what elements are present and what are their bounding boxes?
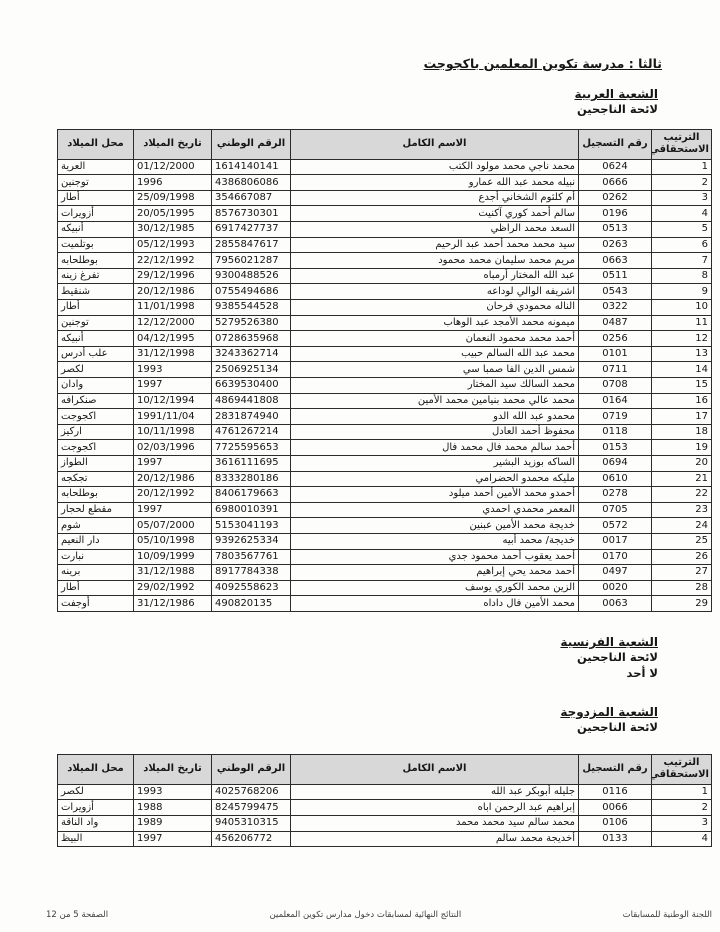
full-name-cell: محمد السالك سيد المختار (291, 378, 579, 394)
mixed-results-table: الترتيب الاستحقاقي رقم التسجيل الاسم الك… (57, 754, 712, 847)
full-name-cell: السعد محمد الراظي (291, 222, 579, 238)
result-row: 30106محمد سالم سيد محمد محمد940531031519… (58, 816, 712, 832)
column-header-birth-place: محل الميلاد (58, 129, 134, 159)
result-row: 130101محمد عبد الله السالم حبيب324336271… (58, 346, 712, 362)
birth-place-cell: توجنين (58, 175, 134, 191)
rank-cell: 26 (652, 549, 712, 565)
full-name-cell: محمد ناجي محمد مولود الكتب (291, 159, 579, 175)
birth-date-cell: 1997 (134, 455, 212, 471)
full-name-cell: أحمد سالم محمد فال محمد فال (291, 440, 579, 456)
birth-date-cell: 29/02/1992 (134, 580, 212, 596)
full-name-cell: أحمدو محمد الأمين أحمد ميلود (291, 487, 579, 503)
full-name-cell: خديجة محمد الأمين عبنين (291, 518, 579, 534)
rank-cell: 29 (652, 596, 712, 612)
rank-cell: 3 (652, 190, 712, 206)
arabic-table-header: الترتيب الاستحقاقي رقم التسجيل الاسم الك… (58, 129, 712, 159)
result-row: 270497أحمد محمد يحي إبراهيم891778433831/… (58, 565, 712, 581)
rank-cell: 22 (652, 487, 712, 503)
birth-place-cell: لكصر (58, 784, 134, 800)
result-row: 170719محمدو عبد الله الدو28318749401991/… (58, 409, 712, 425)
rank-cell: 2 (652, 175, 712, 191)
result-row: 100322الناله محمودي فرحان938554452811/01… (58, 300, 712, 316)
full-name-cell: أم كلثوم الشخاني أجدع (291, 190, 579, 206)
birth-date-cell: 10/12/1994 (134, 393, 212, 409)
national-id-cell: 8576730301 (212, 206, 291, 222)
rank-cell: 28 (652, 580, 712, 596)
registration-number-cell: 0543 (579, 284, 652, 300)
national-id-cell: 0755494686 (212, 284, 291, 300)
birth-date-cell: 1991/11/04 (134, 409, 212, 425)
registration-number-cell: 0694 (579, 455, 652, 471)
birth-date-cell: 25/09/1998 (134, 190, 212, 206)
full-name-cell: إبراهيم عبد الرحمن اباه (291, 800, 579, 816)
birth-date-cell: 05/12/1993 (134, 237, 212, 253)
birth-date-cell: 1997 (134, 831, 212, 847)
registration-number-cell: 0278 (579, 487, 652, 503)
birth-place-cell: لكصر (58, 362, 134, 378)
rank-cell: 11 (652, 315, 712, 331)
birth-date-cell: 1997 (134, 378, 212, 394)
result-row: 20066إبراهيم عبد الرحمن اباه824579947519… (58, 800, 712, 816)
national-id-cell: 4092558623 (212, 580, 291, 596)
birth-date-cell: 05/07/2000 (134, 518, 212, 534)
birth-date-cell: 1989 (134, 816, 212, 832)
national-id-cell: 9300488526 (212, 268, 291, 284)
result-row: 290063محمد الأمين فال داداه49082013531/1… (58, 596, 712, 612)
result-row: 200694الساكه بوزيد البشير36161116951997ا… (58, 455, 712, 471)
registration-number-cell: 0705 (579, 502, 652, 518)
registration-number-cell: 0666 (579, 175, 652, 191)
result-row: 140711شمس الدين الفا صمبا سي250692513419… (58, 362, 712, 378)
page-content: ثالثا : مدرسة تكوين المعلمين باكجوجت الش… (0, 0, 720, 847)
national-id-cell: 5279526380 (212, 315, 291, 331)
result-row: 280020الزين محمد الكوري يوسف409255862329… (58, 580, 712, 596)
french-section-heading: الشعبة الفرنسية (8, 634, 658, 650)
national-id-cell: 9392625334 (212, 533, 291, 549)
birth-place-cell: الطواز (58, 455, 134, 471)
registration-number-cell: 0133 (579, 831, 652, 847)
full-name-cell: سالم أحمد كوري آكنيت (291, 206, 579, 222)
rank-cell: 5 (652, 222, 712, 238)
result-row: 70663مريم محمد سليمان محمد محمود79560212… (58, 253, 712, 269)
birth-place-cell: تفرغ زينه (58, 268, 134, 284)
national-id-cell: 354667087 (212, 190, 291, 206)
birth-place-cell: أزويرات (58, 206, 134, 222)
full-name-cell: محمد عالي محمد بنيامين محمد الأمين (291, 393, 579, 409)
birth-place-cell: توجنين (58, 315, 134, 331)
registration-number-cell: 0624 (579, 159, 652, 175)
birth-date-cell: 31/12/1988 (134, 565, 212, 581)
birth-place-cell: وادان (58, 378, 134, 394)
registration-number-cell: 0263 (579, 237, 652, 253)
birth-place-cell: بوطلحابه (58, 253, 134, 269)
rank-cell: 13 (652, 346, 712, 362)
column-header-rank: الترتيب الاستحقاقي (652, 754, 712, 784)
rank-cell: 9 (652, 284, 712, 300)
rank-cell: 18 (652, 424, 712, 440)
birth-date-cell: 20/12/1986 (134, 471, 212, 487)
national-id-cell: 8406179663 (212, 487, 291, 503)
registration-number-cell: 0719 (579, 409, 652, 425)
mixed-table-body: 10116جليله أبوبكر عبد الله40257682061993… (58, 784, 712, 846)
section-mixed-header: الشعبة المزدوجة لائحة الناجحين (8, 704, 658, 736)
national-id-cell: 8245799475 (212, 800, 291, 816)
arabic-table-body: 10624محمد ناجي محمد مولود الكتب161414014… (58, 159, 712, 611)
rank-cell: 4 (652, 206, 712, 222)
column-header-full-name: الاسم الكامل (291, 754, 579, 784)
birth-place-cell: واد الناقة (58, 816, 134, 832)
arabic-section-subheading: لائحة الناجحين (8, 102, 658, 118)
registration-number-cell: 0711 (579, 362, 652, 378)
result-row: 120256أحمد محمد محمود النعمان07286359680… (58, 331, 712, 347)
registration-number-cell: 0610 (579, 471, 652, 487)
birth-place-cell: نبارت (58, 549, 134, 565)
national-id-cell: 7803567761 (212, 549, 291, 565)
rank-cell: 10 (652, 300, 712, 316)
birth-place-cell: أنبيكه (58, 222, 134, 238)
full-name-cell: محفوظ أحمد العادل (291, 424, 579, 440)
birth-place-cell: أطار (58, 300, 134, 316)
national-id-cell: 456206772 (212, 831, 291, 847)
registration-number-cell: 0663 (579, 253, 652, 269)
national-id-cell: 5153041193 (212, 518, 291, 534)
rank-cell: 1 (652, 784, 712, 800)
rank-cell: 6 (652, 237, 712, 253)
registration-number-cell: 0256 (579, 331, 652, 347)
rank-cell: 7 (652, 253, 712, 269)
result-row: 40133أخديجة محمد سالم4562067721997البيظ (58, 831, 712, 847)
birth-place-cell: بوتلميت (58, 237, 134, 253)
rank-cell: 8 (652, 268, 712, 284)
registration-number-cell: 0708 (579, 378, 652, 394)
registration-number-cell: 0497 (579, 565, 652, 581)
rank-cell: 20 (652, 455, 712, 471)
birth-date-cell: 22/12/1992 (134, 253, 212, 269)
birth-place-cell: العرية (58, 159, 134, 175)
header-row: الترتيب الاستحقاقي رقم التسجيل الاسم الك… (58, 754, 712, 784)
result-row: 80511عبد الله المختار أرمباه930048852629… (58, 268, 712, 284)
rank-cell: 2 (652, 800, 712, 816)
national-id-cell: 8333280186 (212, 471, 291, 487)
national-id-cell: 2855847617 (212, 237, 291, 253)
birth-place-cell: شوم (58, 518, 134, 534)
rank-cell: 21 (652, 471, 712, 487)
registration-number-cell: 0572 (579, 518, 652, 534)
document-page: ثالثا : مدرسة تكوين المعلمين باكجوجت الش… (0, 0, 720, 932)
footer-page-number: الصفحة 5 من 12 (46, 910, 108, 920)
header-row: الترتيب الاستحقاقي رقم التسجيل الاسم الك… (58, 129, 712, 159)
registration-number-cell: 0106 (579, 816, 652, 832)
birth-date-cell: 20/12/1992 (134, 487, 212, 503)
registration-number-cell: 0017 (579, 533, 652, 549)
arabic-results-table: الترتيب الاستحقاقي رقم التسجيل الاسم الك… (57, 129, 712, 612)
birth-place-cell: أنبيكه (58, 331, 134, 347)
birth-place-cell: علب أدرس (58, 346, 134, 362)
national-id-cell: 2506925134 (212, 362, 291, 378)
national-id-cell: 1614140141 (212, 159, 291, 175)
birth-place-cell: اركيز (58, 424, 134, 440)
column-header-rank: الترتيب الاستحقاقي (652, 129, 712, 159)
national-id-cell: 3616111695 (212, 455, 291, 471)
full-name-cell: نبيله محمد عبد الله عمارو (291, 175, 579, 191)
mixed-table-header: الترتيب الاستحقاقي رقم التسجيل الاسم الك… (58, 754, 712, 784)
document-title: ثالثا : مدرسة تكوين المعلمين باكجوجت (8, 56, 662, 71)
national-id-cell: 6980010391 (212, 502, 291, 518)
national-id-cell: 6639530400 (212, 378, 291, 394)
national-id-cell: 3243362714 (212, 346, 291, 362)
result-row: 30262أم كلثوم الشخاني أجدع35466708725/09… (58, 190, 712, 206)
national-id-cell: 490820135 (212, 596, 291, 612)
birth-place-cell: شنقيط (58, 284, 134, 300)
birth-date-cell: 12/12/2000 (134, 315, 212, 331)
column-header-birth-date: تاريخ الميلاد (134, 129, 212, 159)
full-name-cell: محمد سالم سيد محمد محمد (291, 816, 579, 832)
rank-cell: 12 (652, 331, 712, 347)
national-id-cell: 9405310315 (212, 816, 291, 832)
birth-date-cell: 30/12/1985 (134, 222, 212, 238)
birth-date-cell: 31/12/1986 (134, 596, 212, 612)
registration-number-cell: 0101 (579, 346, 652, 362)
national-id-cell: 2831874940 (212, 409, 291, 425)
result-row: 90543اشريفه الوالي لوداعه075549468620/12… (58, 284, 712, 300)
birth-date-cell: 01/12/2000 (134, 159, 212, 175)
full-name-cell: جليله أبوبكر عبد الله (291, 784, 579, 800)
rank-cell: 4 (652, 831, 712, 847)
birth-date-cell: 10/11/1998 (134, 424, 212, 440)
national-id-cell: 8917784338 (212, 565, 291, 581)
result-row: 240572خديجة محمد الأمين عبنين51530411930… (58, 518, 712, 534)
birth-date-cell: 1997 (134, 502, 212, 518)
full-name-cell: محمدو عبد الله الدو (291, 409, 579, 425)
birth-place-cell: اكجوجت (58, 409, 134, 425)
national-id-cell: 4761267214 (212, 424, 291, 440)
rank-cell: 24 (652, 518, 712, 534)
birth-date-cell: 10/09/1999 (134, 549, 212, 565)
full-name-cell: محمد عبد الله السالم حبيب (291, 346, 579, 362)
result-row: 230705المعمر محمدي احمدي69800103911997مق… (58, 502, 712, 518)
registration-number-cell: 0196 (579, 206, 652, 222)
result-row: 20666نبيله محمد عبد الله عمارو4386806086… (58, 175, 712, 191)
rank-cell: 14 (652, 362, 712, 378)
birth-date-cell: 29/12/1996 (134, 268, 212, 284)
mixed-section-heading: الشعبة المزدوجة (8, 704, 658, 720)
result-row: 190153أحمد سالم محمد فال محمد فال7725595… (58, 440, 712, 456)
registration-number-cell: 0511 (579, 268, 652, 284)
registration-number-cell: 0262 (579, 190, 652, 206)
national-id-cell: 4025768206 (212, 784, 291, 800)
result-row: 250017خديجة/ محمد أبيه939262533405/10/19… (58, 533, 712, 549)
result-row: 180118محفوظ أحمد العادل476126721410/11/1… (58, 424, 712, 440)
birth-place-cell: أطار (58, 580, 134, 596)
full-name-cell: المعمر محمدي احمدي (291, 502, 579, 518)
section-french-header: الشعبة الفرنسية لائحة الناجحين لا أحد (8, 634, 658, 681)
registration-number-cell: 0020 (579, 580, 652, 596)
birth-date-cell: 05/10/1998 (134, 533, 212, 549)
registration-number-cell: 0164 (579, 393, 652, 409)
result-row: 260170أحمد يعقوب أحمد محمود جدي780356776… (58, 549, 712, 565)
footer-committee-text: اللجنة الوطنية للمسابقات (623, 910, 712, 920)
birth-date-cell: 20/05/1995 (134, 206, 212, 222)
column-header-birth-place: محل الميلاد (58, 754, 134, 784)
french-section-no-one-note: لا أحد (8, 666, 658, 682)
column-header-registration: رقم التسجيل (579, 754, 652, 784)
national-id-cell: 4386806086 (212, 175, 291, 191)
rank-cell: 25 (652, 533, 712, 549)
registration-number-cell: 0487 (579, 315, 652, 331)
section-arabic-header: الشعبة العربية لائحة الناجحين (8, 86, 658, 118)
birth-date-cell: 1993 (134, 784, 212, 800)
birth-date-cell: 04/12/1995 (134, 331, 212, 347)
national-id-cell: 7725595653 (212, 440, 291, 456)
registration-number-cell: 0118 (579, 424, 652, 440)
birth-place-cell: دار النعيم (58, 533, 134, 549)
french-section-subheading: لائحة الناجحين (8, 650, 658, 666)
result-row: 10116جليله أبوبكر عبد الله40257682061993… (58, 784, 712, 800)
full-name-cell: محمد الأمين فال داداه (291, 596, 579, 612)
national-id-cell: 6917427737 (212, 222, 291, 238)
birth-place-cell: تجكجه (58, 471, 134, 487)
column-header-birth-date: تاريخ الميلاد (134, 754, 212, 784)
result-row: 40196سالم أحمد كوري آكنيت857673030120/05… (58, 206, 712, 222)
birth-date-cell: 20/12/1986 (134, 284, 212, 300)
full-name-cell: ميمونه محمد الأمجد عبد الوهاب (291, 315, 579, 331)
birth-place-cell: أطار (58, 190, 134, 206)
registration-number-cell: 0322 (579, 300, 652, 316)
result-row: 160164محمد عالي محمد بنيامين محمد الأمين… (58, 393, 712, 409)
full-name-cell: الزين محمد الكوري يوسف (291, 580, 579, 596)
footer-results-text: النتائج النهائية لمسابقات دخول مدارس تكو… (270, 910, 462, 920)
national-id-cell: 7956021287 (212, 253, 291, 269)
full-name-cell: الساكه بوزيد البشير (291, 455, 579, 471)
full-name-cell: مريم محمد سليمان محمد محمود (291, 253, 579, 269)
birth-place-cell: اكجوجت (58, 440, 134, 456)
full-name-cell: شمس الدين الفا صمبا سي (291, 362, 579, 378)
national-id-cell: 0728635968 (212, 331, 291, 347)
registration-number-cell: 0170 (579, 549, 652, 565)
arabic-section-heading: الشعبة العربية (8, 86, 658, 102)
birth-place-cell: أزويرات (58, 800, 134, 816)
result-row: 50513السعد محمد الراظي691742773730/12/19… (58, 222, 712, 238)
result-row: 10624محمد ناجي محمد مولود الكتب161414014… (58, 159, 712, 175)
birth-place-cell: البيظ (58, 831, 134, 847)
rank-cell: 19 (652, 440, 712, 456)
birth-date-cell: 02/03/1996 (134, 440, 212, 456)
column-header-registration: رقم التسجيل (579, 129, 652, 159)
result-row: 60263سيد محمد محمد أحمد عبد الرحيم285584… (58, 237, 712, 253)
column-header-national-id: الرقم الوطني (212, 129, 291, 159)
birth-place-cell: برينه (58, 565, 134, 581)
registration-number-cell: 0116 (579, 784, 652, 800)
national-id-cell: 9385544528 (212, 300, 291, 316)
birth-date-cell: 1996 (134, 175, 212, 191)
registration-number-cell: 0066 (579, 800, 652, 816)
rank-cell: 1 (652, 159, 712, 175)
rank-cell: 16 (652, 393, 712, 409)
rank-cell: 27 (652, 565, 712, 581)
rank-cell: 3 (652, 816, 712, 832)
result-row: 210610مليكه محمدو الحضرامي833328018620/1… (58, 471, 712, 487)
birth-place-cell: صنكرافه (58, 393, 134, 409)
mixed-section-subheading: لائحة الناجحين (8, 720, 658, 736)
birth-place-cell: بوطلحابه (58, 487, 134, 503)
full-name-cell: أحمد محمد محمود النعمان (291, 331, 579, 347)
birth-date-cell: 1993 (134, 362, 212, 378)
result-row: 150708محمد السالك سيد المختار66395304001… (58, 378, 712, 394)
national-id-cell: 4869441808 (212, 393, 291, 409)
rank-cell: 23 (652, 502, 712, 518)
column-header-national-id: الرقم الوطني (212, 754, 291, 784)
rank-cell: 15 (652, 378, 712, 394)
birth-date-cell: 31/12/1998 (134, 346, 212, 362)
full-name-cell: الناله محمودي فرحان (291, 300, 579, 316)
full-name-cell: أخديجة محمد سالم (291, 831, 579, 847)
birth-place-cell: مقطع لحجار (58, 502, 134, 518)
registration-number-cell: 0513 (579, 222, 652, 238)
rank-cell: 17 (652, 409, 712, 425)
birth-place-cell: أوجفت (58, 596, 134, 612)
registration-number-cell: 0153 (579, 440, 652, 456)
full-name-cell: خديجة/ محمد أبيه (291, 533, 579, 549)
birth-date-cell: 1988 (134, 800, 212, 816)
full-name-cell: عبد الله المختار أرمباه (291, 268, 579, 284)
full-name-cell: أحمد محمد يحي إبراهيم (291, 565, 579, 581)
birth-date-cell: 11/01/1998 (134, 300, 212, 316)
registration-number-cell: 0063 (579, 596, 652, 612)
column-header-full-name: الاسم الكامل (291, 129, 579, 159)
full-name-cell: سيد محمد محمد أحمد عبد الرحيم (291, 237, 579, 253)
result-row: 220278أحمدو محمد الأمين أحمد ميلود840617… (58, 487, 712, 503)
page-footer: اللجنة الوطنية للمسابقات النتائج النهائي… (0, 910, 720, 920)
result-row: 110487ميمونه محمد الأمجد عبد الوهاب52795… (58, 315, 712, 331)
full-name-cell: مليكه محمدو الحضرامي (291, 471, 579, 487)
full-name-cell: اشريفه الوالي لوداعه (291, 284, 579, 300)
full-name-cell: أحمد يعقوب أحمد محمود جدي (291, 549, 579, 565)
